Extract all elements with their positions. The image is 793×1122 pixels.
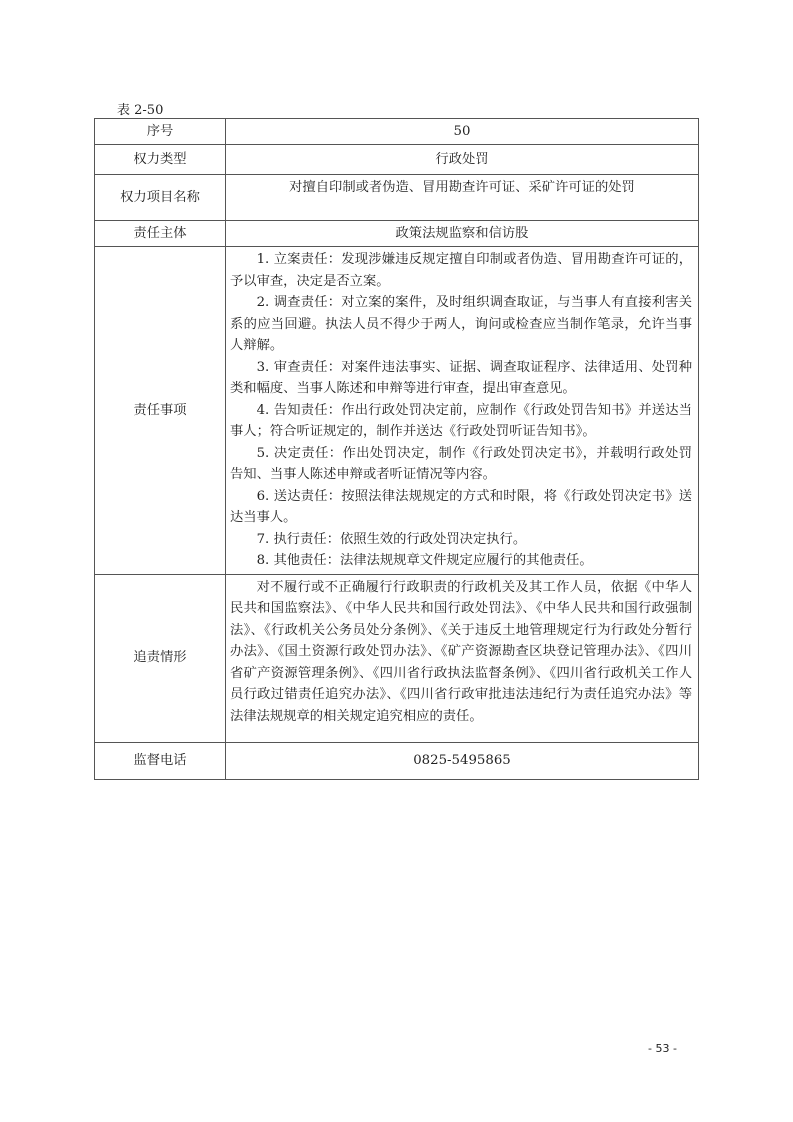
responsibility-4: 4. 告知责任：作出行政处罚决定前，应制作《行政处罚告知书》并送达当事人；符合听… xyxy=(230,400,692,443)
accountability-text: 对不履行或不正确履行行政职责的行政机关及其工作人员，依据《中华人民共和国监察法》… xyxy=(230,577,692,728)
label-serial: 序号 xyxy=(95,119,226,145)
responsibility-3: 3. 审查责任：对案件违法事实、证据、调查取证程序、法律适用、处罚种类和幅度、当… xyxy=(230,357,692,400)
label-responsibilities: 责任事项 xyxy=(95,247,226,575)
label-item-name: 权力项目名称 xyxy=(95,175,226,221)
responsibility-table: 序号 50 权力类型 行政处罚 权力项目名称 对擅自印制或者伪造、冒用勘查许可证… xyxy=(94,118,699,780)
table-row-serial: 序号 50 xyxy=(95,119,699,145)
responsibility-1: 1. 立案责任：发现涉嫌违反规定擅自印制或者伪造、冒用勘查许可证的，予以审查，决… xyxy=(230,249,692,292)
table-row-responsibilities: 责任事项 1. 立案责任：发现涉嫌违反规定擅自印制或者伪造、冒用勘查许可证的，予… xyxy=(95,247,699,575)
page-number: - 53 - xyxy=(648,1042,677,1055)
table-row-responsible-body: 责任主体 政策法规监察和信访股 xyxy=(95,221,699,247)
responsibility-5: 5. 决定责任：作出处罚决定，制作《行政处罚决定书》，并载明行政处罚告知、当事人… xyxy=(230,443,692,486)
label-responsible-body: 责任主体 xyxy=(95,221,226,247)
responsibility-2: 2. 调查责任：对立案的案件，及时组织调查取证，与当事人有直接利害关系的应当回避… xyxy=(230,292,692,357)
value-item-name: 对擅自印制或者伪造、冒用勘查许可证、采矿许可证的处罚 xyxy=(226,175,699,221)
label-accountability: 追责情形 xyxy=(95,574,226,742)
value-responsibilities: 1. 立案责任：发现涉嫌违反规定擅自印制或者伪造、冒用勘查许可证的，予以审查，决… xyxy=(226,247,699,575)
responsibility-6: 6. 送达责任：按照法律法规规定的方式和时限，将《行政处罚决定书》送达当事人。 xyxy=(230,486,692,529)
table-row-accountability: 追责情形 对不履行或不正确履行行政职责的行政机关及其工作人员，依据《中华人民共和… xyxy=(95,574,699,742)
value-responsible-body: 政策法规监察和信访股 xyxy=(226,221,699,247)
value-hotline: 0825-5495865 xyxy=(226,742,699,779)
label-power-type: 权力类型 xyxy=(95,145,226,175)
label-hotline: 监督电话 xyxy=(95,742,226,779)
value-serial: 50 xyxy=(226,119,699,145)
table-row-item-name: 权力项目名称 对擅自印制或者伪造、冒用勘查许可证、采矿许可证的处罚 xyxy=(95,175,699,221)
responsibility-7: 7. 执行责任：依照生效的行政处罚决定执行。 xyxy=(230,529,692,551)
value-power-type: 行政处罚 xyxy=(226,145,699,175)
table-caption: 表 2-50 xyxy=(117,99,163,118)
value-accountability: 对不履行或不正确履行行政职责的行政机关及其工作人员，依据《中华人民共和国监察法》… xyxy=(226,574,699,742)
table-row-hotline: 监督电话 0825-5495865 xyxy=(95,742,699,779)
table-row-power-type: 权力类型 行政处罚 xyxy=(95,145,699,175)
responsibility-8: 8. 其他责任：法律法规规章文件规定应履行的其他责任。 xyxy=(230,550,692,572)
